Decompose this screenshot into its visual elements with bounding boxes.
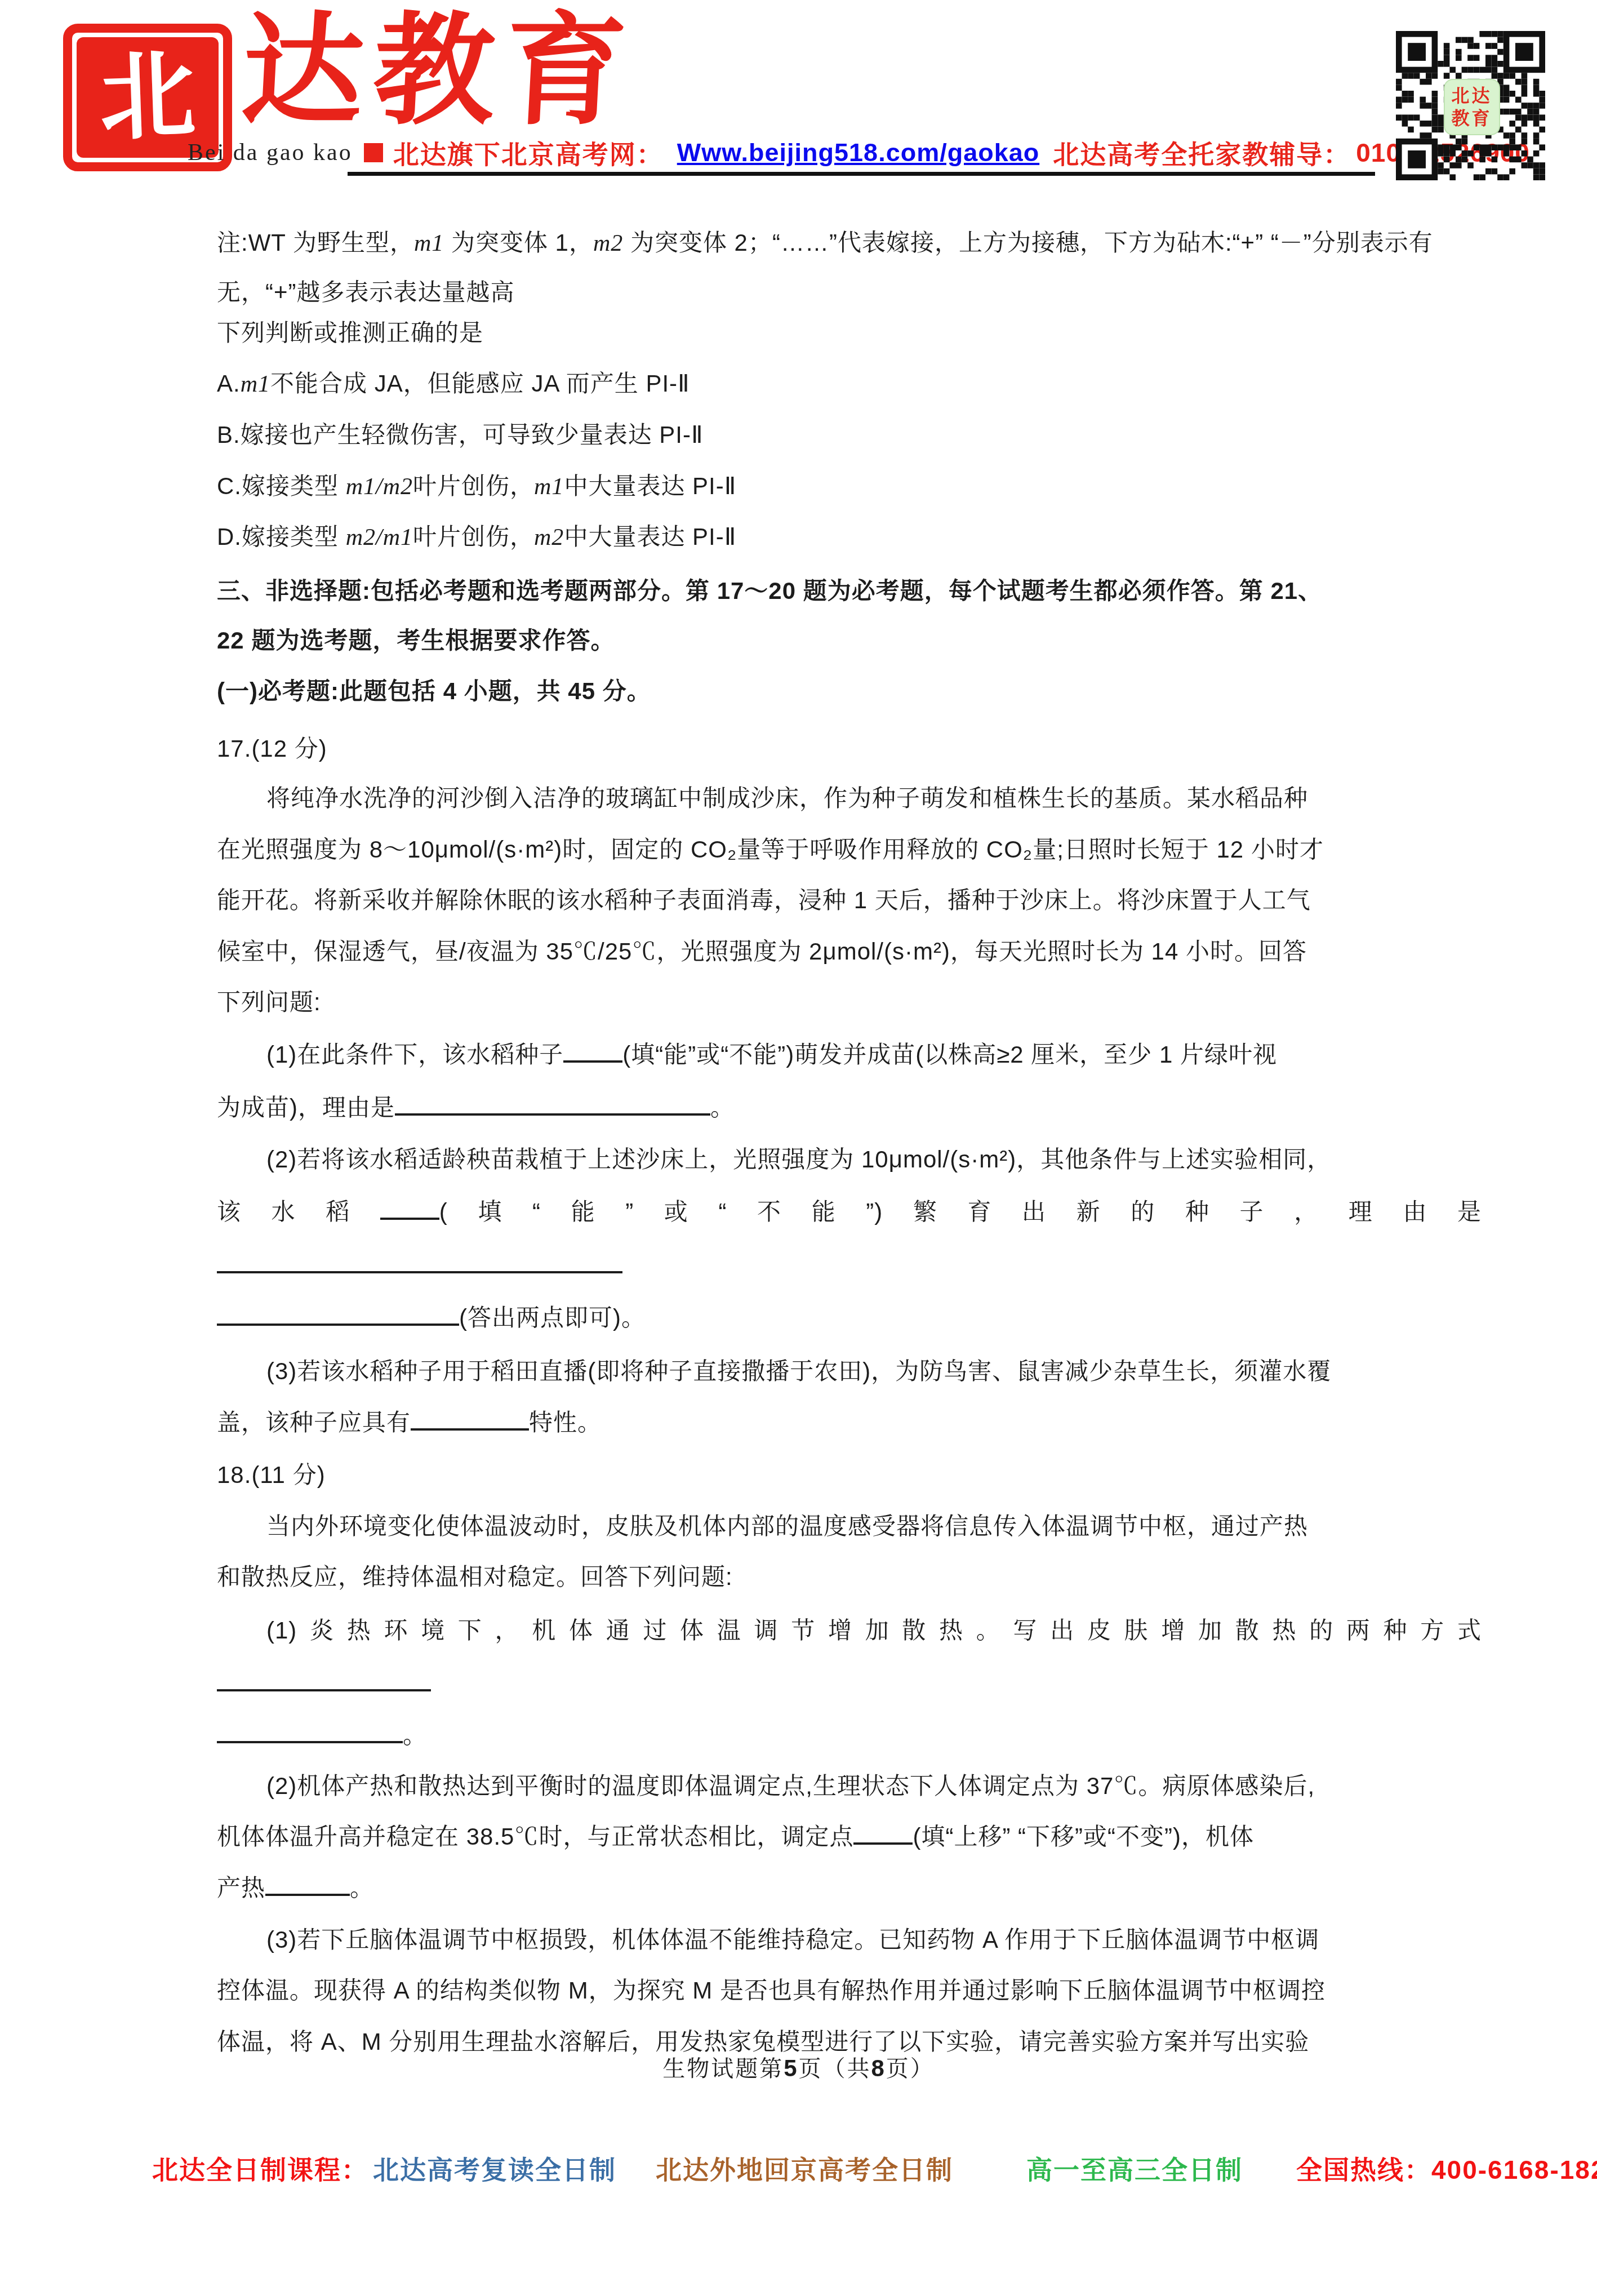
document-line: 候室中，保湿透气，昼/夜温为 35℃/25℃，光照强度为 2μmol/(s·m²…	[217, 926, 1482, 978]
text-run: D.嫁接类型	[217, 523, 346, 550]
text-run: 无，“+”越多表示表达量越高	[217, 279, 515, 305]
document-line: (2)若将该水稻适龄秧苗栽植于上述沙床上，光照强度为 10μmol/(s·m²)…	[217, 1134, 1482, 1185]
text-run: 叶片创伤，	[413, 473, 534, 499]
document-line: (1)在此条件下，该水稻种子(填“能”或“不能”)萌发并成苗(以株高≥2 厘米，…	[217, 1029, 1482, 1081]
text-run: m2	[593, 230, 623, 256]
text-run: 在光照强度为 8～10μmol/(s·m²)时，固定的 CO₂量等于呼吸作用释放…	[217, 836, 1324, 863]
text-run: 为突变体 1，	[444, 229, 593, 256]
text-run: 三、非选择题:包括必考题和选考题两部分。第 17～20 题为必考题，每个试题考生…	[217, 578, 1322, 604]
document-line: 产热。	[217, 1862, 1482, 1914]
text-run: m2/m1	[346, 525, 413, 550]
red-square-bullet-icon	[364, 143, 383, 162]
text-run: 。	[350, 1875, 374, 1901]
text-run: 下列问题:	[217, 989, 321, 1015]
fill-in-blank	[217, 1319, 459, 1326]
text-run: B.嫁接也产生轻微伤害，可导致少量表达 PI-Ⅱ	[217, 421, 704, 448]
brand-latin-subtitle: Bei da gao kao	[188, 139, 353, 166]
text-run: (1)在此条件下，该水稻种子	[266, 1041, 563, 1068]
seal-character: 北	[98, 48, 197, 147]
document-line: 下列判断或推测正确的是	[217, 307, 1482, 359]
text-run: 下列判断或推测正确的是	[217, 319, 483, 346]
document-line: 注:WT 为野生型，m1 为突变体 1，m2 为突变体 2；“……”代表嫁接，上…	[217, 217, 1482, 269]
text-run: 22 题为选考题，考生根据要求作答。	[217, 627, 615, 654]
document-line: 当内外环境变化使体温波动时，皮肤及机体内部的温度感受器将信息传入体温调节中枢，通…	[217, 1500, 1482, 1552]
text-run: 机体体温升高并稳定在 38.5℃时，与正常状态相比，调定点	[217, 1823, 853, 1850]
text-run: 特性。	[529, 1409, 602, 1436]
document-line: 将纯净水洗净的河沙倒入洁净的玻璃缸中制成沙床，作为种子萌发和植株生长的基质。某水…	[217, 772, 1482, 824]
document-line: (一)必考题:此题包括 4 小题，共 45 分。	[217, 665, 1482, 717]
document-line: 17.(12 分)	[217, 723, 1482, 775]
text-run: 当内外环境变化使体温波动时，皮肤及机体内部的温度感受器将信息传入体温调节中枢，通…	[266, 1513, 1308, 1539]
header-row: Bei da gao kao 北达旗下北京高考网： Www.beijing518…	[188, 134, 1530, 171]
text-run: (一)必考题:此题包括 4 小题，共 45 分。	[217, 678, 651, 704]
document-line	[217, 1240, 1482, 1291]
document-line: 和散热反应，维持体温相对稳定。回答下列问题:	[217, 1551, 1482, 1603]
text-run: 该水稻	[217, 1198, 380, 1225]
text-run: 候室中，保湿透气，昼/夜温为 35℃/25℃，光照强度为 2μmol/(s·m²…	[217, 938, 1307, 965]
text-run: 和散热反应，维持体温相对稳定。回答下列问题:	[217, 1564, 733, 1590]
text-run: C.嫁接类型	[217, 473, 346, 499]
text-run: A.	[217, 370, 241, 397]
brand-calligraphy: 达教育	[239, 10, 639, 134]
text-run: 盖，该种子应具有	[217, 1409, 411, 1436]
text-run: 为成苗)，理由是	[217, 1094, 395, 1121]
document-line: (3)若该水稻种子用于稻田直播(即将种子直接撒播于农田)，为防鸟害、鼠害减少杂草…	[217, 1345, 1482, 1397]
document-line: 控体温。现获得 A 的结构类似物 M，为探究 M 是否也具有解热作用并通过影响下…	[217, 1965, 1482, 2017]
text-run: m1	[534, 474, 564, 500]
text-run: m1/m2	[346, 474, 413, 500]
text-run: 。	[710, 1094, 735, 1121]
banner-item: 北达高考复读全日制	[373, 2155, 616, 2184]
text-run: m2	[534, 525, 564, 550]
text-run: 17.(12 分)	[217, 735, 327, 762]
document-line: 22 题为选考题，考生根据要求作答。	[217, 615, 1482, 667]
document-line	[217, 1658, 1482, 1709]
text-run: 控体温。现获得 A 的结构类似物 M，为探究 M 是否也具有解热作用并通过影响下…	[217, 1977, 1325, 2004]
text-run: 为突变体 2；“……”代表嫁接，上方为接穗，下方为砧木:“+” “－”分别表示有	[623, 229, 1433, 256]
site-url-link[interactable]: Www.beijing518.com/gaokao	[677, 138, 1039, 167]
text-run: 。	[403, 1722, 427, 1748]
site-label: 北达旗下北京高考网：	[393, 134, 664, 171]
document-line: 能开花。将新采收并解除休眠的该水稻种子表面消毒，浸种 1 天后，播种于沙床上。将…	[217, 874, 1482, 926]
document-line: D.嫁接类型 m2/m1叶片创伤，m2中大量表达 PI-Ⅱ	[217, 511, 1482, 563]
text-run: 注:WT 为野生型，	[217, 229, 414, 256]
text-run: (答出两点即可)。	[459, 1304, 646, 1331]
fill-in-blank	[380, 1213, 439, 1220]
fill-in-blank	[265, 1889, 350, 1896]
document-line: 下列问题:	[217, 976, 1482, 1028]
text-run: (3)若下丘脑体温调节中枢损毁，机体体温不能维持稳定。已知药物 A 作用于下丘脑…	[266, 1926, 1319, 1953]
banner-item: 全国热线：400-6168-182	[1296, 2155, 1597, 2184]
fill-in-blank	[217, 1685, 431, 1691]
text-run: m1	[414, 230, 444, 256]
document-line: 在光照强度为 8～10μmol/(s·m²)时，固定的 CO₂量等于呼吸作用释放…	[217, 824, 1482, 876]
qr-label-bottom: 教育	[1451, 107, 1492, 130]
page-number-footer: 生物试题第5页（共8页）	[0, 2051, 1597, 2083]
text-run: 中大量表达 PI-Ⅱ	[564, 523, 736, 550]
banner-item: 高一至高三全日制	[1026, 2155, 1243, 2184]
fill-in-blank	[395, 1109, 710, 1116]
pagefoot-prefix: 生物试题第	[662, 2057, 784, 2081]
text-run: 不能合成 JA，但能感应 JA 而产生 PI-Ⅱ	[270, 370, 690, 397]
text-run: 产热	[217, 1875, 265, 1901]
qr-code: 北达 教育	[1396, 31, 1545, 180]
text-run: (2)若将该水稻适龄秧苗栽植于上述沙床上，光照强度为 10μmol/(s·m²)…	[266, 1146, 1331, 1173]
text-run: (填“上移” “下移”或“不变”)，机体	[913, 1823, 1254, 1850]
bottom-banner: 北达全日制课程：北达高考复读全日制北达外地回京高考全日制高一至高三全日制全国热线…	[152, 2150, 1597, 2187]
text-run: m1	[241, 371, 270, 397]
document-line: C.嫁接类型 m1/m2叶片创伤，m1中大量表达 PI-Ⅱ	[217, 460, 1482, 512]
document-line: 。	[217, 1709, 1482, 1761]
document-line: (答出两点即可)。	[217, 1292, 1482, 1344]
pagefoot-suffix: 页）	[886, 2057, 935, 2081]
text-run: 将纯净水洗净的河沙倒入洁净的玻璃缸中制成沙床，作为种子萌发和植株生长的基质。某水…	[266, 785, 1308, 811]
pagefoot-total: 8	[871, 2055, 886, 2081]
document-line: (3)若下丘脑体温调节中枢损毁，机体体温不能维持稳定。已知药物 A 作用于下丘脑…	[217, 1914, 1482, 1966]
qr-center-label: 北达 教育	[1444, 79, 1500, 135]
document-line: 机体体温升高并稳定在 38.5℃时，与正常状态相比，调定点(填“上移” “下移”…	[217, 1811, 1482, 1863]
text-run: (2)机体产热和散热达到平衡时的温度即体温调定点,生理状态下人体调定点为 37℃…	[266, 1773, 1315, 1799]
banner-item: 北达外地回京高考全日制	[656, 2155, 953, 2184]
text-run: 能开花。将新采收并解除休眠的该水稻种子表面消毒，浸种 1 天后，播种于沙床上。将…	[217, 887, 1311, 913]
header-divider	[348, 172, 1375, 176]
fill-in-blank	[217, 1737, 403, 1743]
pagefoot-page-no: 5	[784, 2055, 798, 2081]
exam-page: 北 达教育 Bei da gao kao 北达旗下北京高考网： Www.beij…	[0, 0, 1597, 2296]
text-run: (填“能”或“不能”)繁育出新的种子，理由是	[439, 1198, 1482, 1225]
text-run: 中大量表达 PI-Ⅱ	[564, 473, 736, 499]
document-line: 三、非选择题:包括必考题和选考题两部分。第 17～20 题为必考题，每个试题考生…	[217, 565, 1482, 617]
text-run: 18.(11 分)	[217, 1462, 326, 1488]
document-line: 18.(11 分)	[217, 1449, 1482, 1501]
text-run: (填“能”或“不能”)萌发并成苗(以株高≥2 厘米，至少 1 片绿叶视	[622, 1041, 1277, 1068]
document-line: (1)炎热环境下，机体通过体温调节增加散热。写出皮肤增加散热的两种方式	[217, 1605, 1482, 1657]
fill-in-blank	[411, 1424, 529, 1431]
text-run: (3)若该水稻种子用于稻田直播(即将种子直接撒播于农田)，为防鸟害、鼠害减少杂草…	[266, 1358, 1331, 1384]
document-line: (2)机体产热和散热达到平衡时的温度即体温调定点,生理状态下人体调定点为 37℃…	[217, 1760, 1482, 1812]
fill-in-blank	[217, 1267, 622, 1273]
document-line: 盖，该种子应具有特性。	[217, 1397, 1482, 1449]
document-line: A.m1不能合成 JA，但能感应 JA 而产生 PI-Ⅱ	[217, 358, 1482, 410]
document-line: 该水稻(填“能”或“不能”)繁育出新的种子，理由是	[217, 1186, 1482, 1238]
text-run: 叶片创伤，	[413, 523, 534, 550]
text-run: (1)炎热环境下，机体通过体温调节增加散热。写出皮肤增加散热的两种方式	[266, 1617, 1482, 1644]
pagefoot-mid: 页（共	[799, 2057, 871, 2081]
qr-label-top: 北达	[1451, 85, 1492, 107]
fill-in-blank	[563, 1056, 622, 1063]
tutor-label: 北达高考全托家教辅导：	[1053, 134, 1350, 171]
fill-in-blank	[853, 1838, 913, 1845]
banner-item: 北达全日制课程：	[152, 2155, 368, 2184]
document-line: B.嫁接也产生轻微伤害，可导致少量表达 PI-Ⅱ	[217, 409, 1482, 461]
document-line: 为成苗)，理由是。	[217, 1082, 1482, 1134]
